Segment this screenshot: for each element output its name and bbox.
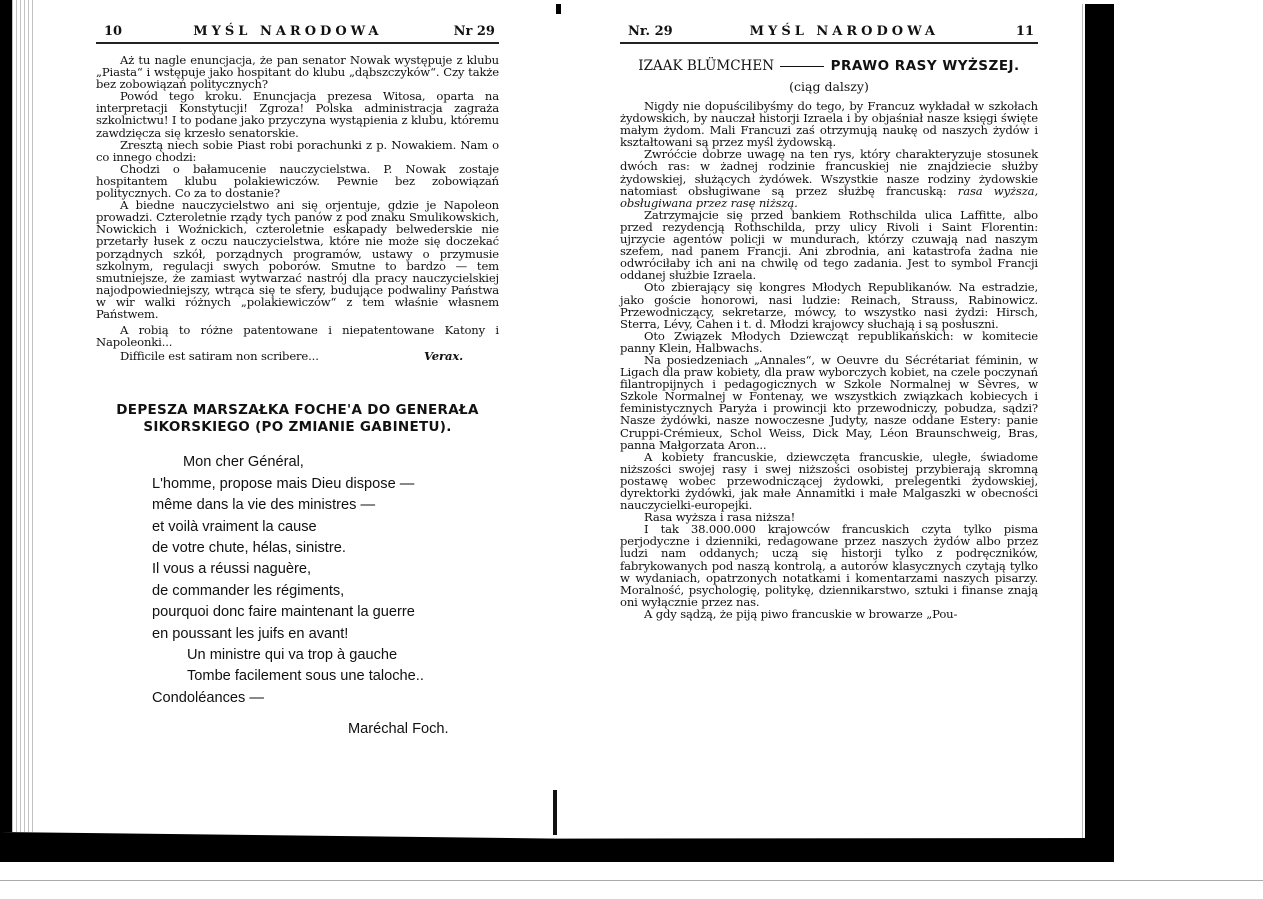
headline-line: SIKORSKIEGO (PO ZMIANIE GABINETU). <box>96 419 499 436</box>
article-body-right: Nigdy nie dopuścilibyśmy do tego, by Fra… <box>620 100 1038 620</box>
salutation: Mon cher Général, <box>152 452 499 473</box>
paragraph: A robią to różne patentowane i niepatent… <box>96 324 499 348</box>
poem-line-indented: Un ministre qui va trop à gauche <box>152 645 499 666</box>
paragraph: I tak 38.000.000 krajowców francuskich c… <box>620 523 1038 608</box>
closing-line: Difficile est satiram non scribere... Ve… <box>96 350 499 362</box>
scan-border-left <box>0 0 12 832</box>
paragraph: A biedne nauczycielstwo ani się orjentuj… <box>96 199 499 320</box>
left-page: 10 MYŚL NARODOWA Nr 29 Aż tu nagle enunc… <box>96 24 499 741</box>
article-subtitle: (ciąg dalszy) <box>620 79 1038 94</box>
heading-dash <box>780 66 824 67</box>
headline-line: DEPESZA MARSZAŁKA FOCHE'A DO GENERAŁA <box>96 402 499 419</box>
paragraph: A kobiety francuskie, dziewczęta francus… <box>620 451 1038 511</box>
article-heading: IZAAK BLÜMCHEN PRAWO RASY WYŻSZEJ. <box>620 58 1038 74</box>
right-page: Nr. 29 MYŚL NARODOWA 11 IZAAK BLÜMCHEN P… <box>620 24 1038 620</box>
paragraph: Na posiedzeniach „Annales“, w Oeuvre du … <box>620 354 1038 451</box>
paragraph: Chodzi o bałamucenie nauczycielstwa. P. … <box>96 163 499 199</box>
poem-line: pourquoi donc faire maintenant la guerre <box>152 602 499 623</box>
paragraph: Aż tu nagle enuncjacja, że pan senator N… <box>96 54 499 90</box>
poem-line: Il vous a réussi naguère, <box>152 559 499 580</box>
scan-border-bottom <box>0 832 1114 862</box>
paragraph: Powód tego kroku. Enuncjacja prezesa Wit… <box>96 90 499 138</box>
scan-border-right <box>1085 4 1114 862</box>
telegram-headline: DEPESZA MARSZAŁKA FOCHE'A DO GENERAŁA SI… <box>96 402 499 436</box>
scan-border-left-noise <box>12 0 34 832</box>
article-title: PRAWO RASY WYŻSZEJ. <box>831 58 1020 74</box>
issue-number: Nr. 29 <box>628 24 673 39</box>
article-author: IZAAK BLÜMCHEN <box>638 58 774 74</box>
journal-title: MYŚL NARODOWA <box>193 24 382 39</box>
paragraph: Nigdy nie dopuścilibyśmy do tego, by Fra… <box>620 100 1038 148</box>
paragraph: Zatrzymajcie się przed bankiem Rothschil… <box>620 209 1038 282</box>
condolences: Condoléances — <box>152 688 499 709</box>
poem-line: de commander les régiments, <box>152 581 499 602</box>
journal-title: MYŚL NARODOWA <box>750 24 939 39</box>
gutter-fold <box>553 790 557 835</box>
paragraph-with-italic: Zwróćcie dobrze uwagę na ten rys, który … <box>620 148 1038 208</box>
page-number: 11 <box>1016 24 1034 39</box>
page-number: 10 <box>104 24 122 39</box>
gutter-mark-top <box>556 4 561 14</box>
poem-line: L'homme, propose mais Dieu dispose — <box>152 474 499 495</box>
paragraph: A gdy sądzą, że piją piwo francuskie w b… <box>620 608 1038 620</box>
running-head-right: Nr. 29 MYŚL NARODOWA 11 <box>620 24 1038 44</box>
running-head-left: 10 MYŚL NARODOWA Nr 29 <box>96 24 499 44</box>
closing-quote: Difficile est satiram non scribere... <box>120 350 319 362</box>
poem-line-indented: Tombe facilement sous une taloche.. <box>152 666 499 687</box>
paragraph: Oto Związek Młodych Dziewcząt republikań… <box>620 330 1038 354</box>
article-body-left: Aż tu nagle enuncjacja, że pan senator N… <box>96 54 499 362</box>
poem-line: et voilà vraiment la cause <box>152 517 499 538</box>
poem-line: de votre chute, hélas, sinistre. <box>152 538 499 559</box>
author-signature: Verax. <box>424 350 463 362</box>
poem-line: même dans la vie des ministres — <box>152 495 499 516</box>
paragraph: Oto zbierający się kongres Młodych Repub… <box>620 281 1038 329</box>
telegram-poem: Mon cher Général, L'homme, propose mais … <box>96 452 499 740</box>
paragraph: Zresztą niech sobie Piast robi porachunk… <box>96 139 499 163</box>
issue-number: Nr 29 <box>454 24 495 39</box>
telegram-signature: Maréchal Foch. <box>152 719 499 740</box>
scan-bottom-rule <box>0 880 1263 881</box>
poem-line: en poussant les juifs en avant! <box>152 624 499 645</box>
